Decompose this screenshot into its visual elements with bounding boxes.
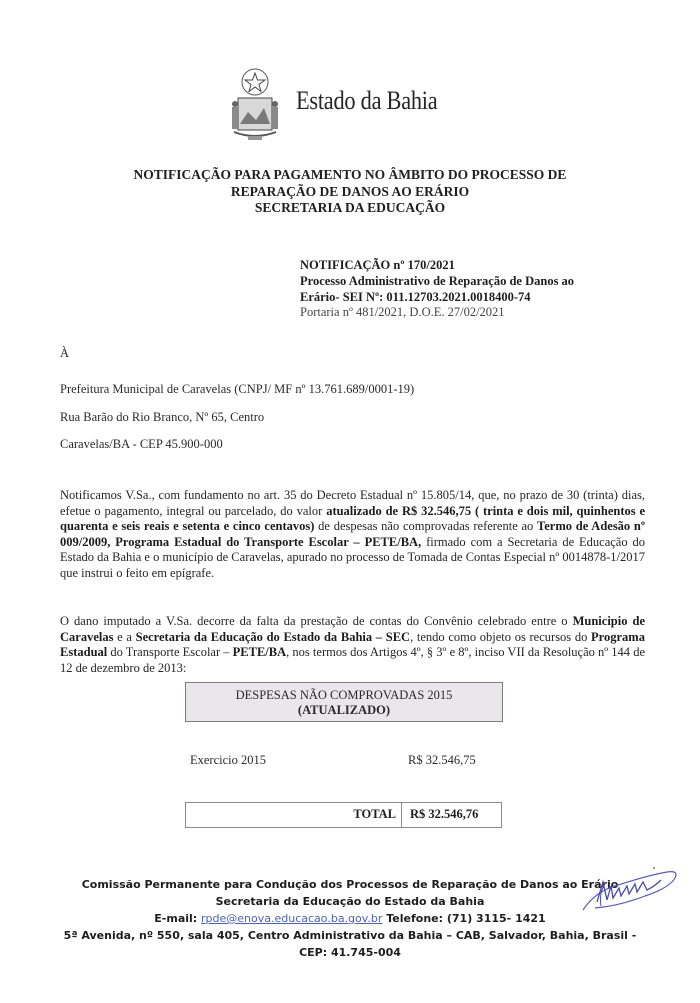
recipient-city: Caravelas/BA - CEP 45.900-000 (60, 437, 223, 452)
p2-text-1: O dano imputado a V.Sa. decorre da falta… (60, 614, 573, 628)
damage-paragraph: O dano imputado a V.Sa. decorre da falta… (60, 614, 645, 676)
footer-cep: CEP: 41.745-004 (0, 944, 700, 961)
notification-paragraph: Notificamos V.Sa., com fundamento no art… (60, 488, 645, 582)
p2-pete: PETE/BA (233, 645, 287, 659)
expenses-header-box: DESPESAS NÃO COMPROVADAS 2015 (ATUALIZAD… (185, 682, 503, 722)
document-title: NOTIFICAÇÃO PARA PAGAMENTO NO ÂMBITO DO … (0, 167, 700, 217)
state-brand-name: Estado da Bahia (296, 86, 437, 116)
title-line-1: NOTIFICAÇÃO PARA PAGAMENTO NO ÂMBITO DO … (0, 167, 700, 184)
portaria: Portaria nº 481/2021, D.O.E. 27/02/2021 (300, 305, 610, 321)
recipient-street: Rua Barão do Rio Branco, Nº 65, Centro (60, 410, 264, 425)
expenses-header-line-2: (ATUALIZADO) (186, 703, 502, 718)
total-box: TOTAL R$ 32.546,76 (185, 802, 502, 828)
expense-row-value: R$ 32.546,75 (408, 753, 476, 768)
title-line-2: REPARAÇÃO DE DANOS AO ERÁRIO (0, 184, 700, 201)
email-label: E-mail: (154, 912, 201, 925)
p2-text-4: do Transporte Escolar – (107, 645, 232, 659)
notification-reference: NOTIFICAÇÃO nº 170/2021 Processo Adminis… (300, 258, 610, 321)
title-line-3: SECRETARIA DA EDUCAÇÃO (0, 200, 700, 217)
total-value: R$ 32.546,76 (402, 803, 501, 827)
process-line-2: Erário- SEI Nº: 011.12703.2021.0018400-7… (300, 290, 610, 306)
process-line-1: Processo Administrativo de Reparação de … (300, 274, 610, 290)
footer-address: 5ª Avenida, nº 550, sala 405, Centro Adm… (0, 927, 700, 944)
email-link[interactable]: rpde@enova.educacao.ba.gov.br (201, 912, 382, 925)
p2-secretariat: Secretaria da Educação do Estado da Bahi… (136, 630, 410, 644)
expenses-header-line-1: DESPESAS NÃO COMPROVADAS 2015 (186, 688, 502, 703)
total-label: TOTAL (186, 803, 402, 827)
notification-number: NOTIFICAÇÃO nº 170/2021 (300, 258, 610, 274)
expense-row-label: Exercicio 2015 (190, 753, 266, 768)
salutation: À (60, 346, 69, 361)
p1-text-2: de despesas não comprovadas referente ao (314, 519, 537, 533)
handwritten-signature-icon (575, 862, 685, 920)
p2-text-2: e a (113, 630, 135, 644)
recipient-name: Prefeitura Municipal de Caravelas (CNPJ/… (60, 382, 414, 397)
phone: Telefone: (71) 3115- 1421 (382, 912, 545, 925)
bahia-coat-of-arms-icon (228, 64, 282, 144)
p2-text-3: , tendo como objeto os recursos do (410, 630, 591, 644)
